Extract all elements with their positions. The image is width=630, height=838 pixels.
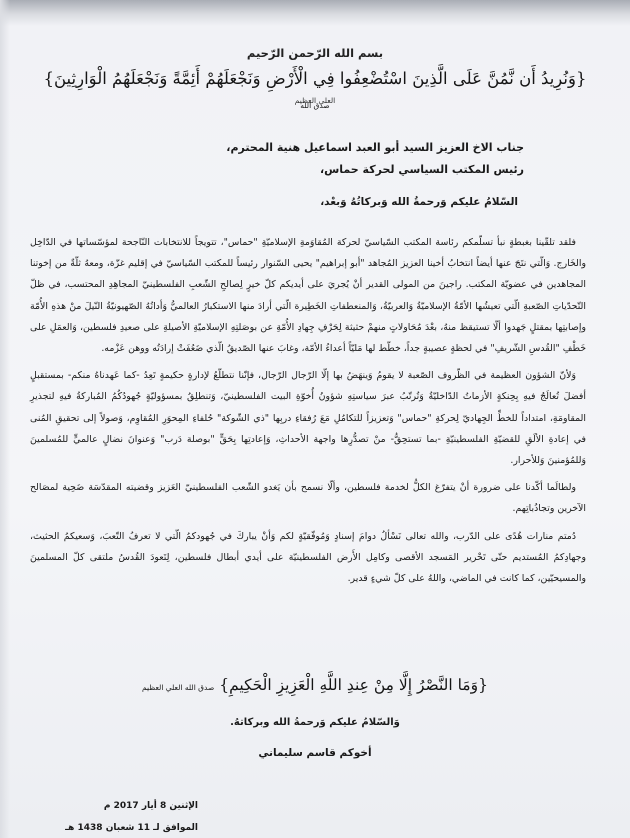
opening-verse-text: {وَنُرِيدُ أَن نَّمُنَّ عَلَى الَّذِينَ … [44,69,587,88]
closing-verse-text: {وَمَا النَّصْرُ إِلَّا مِنْ عِندِ اللَّ… [219,676,488,694]
date-gregorian: الإثنين 8 أيار 2017 م [58,795,198,817]
closing-verse-attribution: صدق الله العلي العظيم [142,683,214,692]
date-block: الإثنين 8 أيار 2017 م الموافق لـ 11 شعبا… [58,795,198,838]
body-paragraph: فلقد تلقّينا بغبطةٍ نبأ تسلّمكم رئاسة ال… [30,232,586,359]
closing-salutation: وَالسّلامُ عليكم وَرحمةُ الله وبركاتهُ. [0,717,630,728]
signature: أخوكم قاسم سليماني [0,747,630,759]
basmala-heading: بسم الله الرّحمن الرّحيم [0,46,630,60]
body-paragraph: دُمتم منارات هُدًى على الدّرب، والله تعا… [30,526,586,590]
opening-quran-verse: {وَنُرِيدُ أَن نَّمُنَّ عَلَى الَّذِينَ … [40,67,590,118]
body-paragraph: وَلأنّ الشؤون العظيمة في الظّروف الصّعبة… [30,365,586,471]
letter-page: بسم الله الرّحمن الرّحيم {وَنُرِيدُ أَن … [0,0,630,838]
addressee-block: جناب الاخ العزيز السيد أبو العبد اسماعيل… [226,137,524,181]
closing-quran-verse: {وَمَا النَّصْرُ إِلَّا مِنْ عِندِ اللَّ… [0,676,630,694]
greeting: السّلامُ عليكم وَرحمةُ الله وَبركاتُهُ و… [320,196,518,208]
letter-body: فلقد تلقّينا بغبطةٍ نبأ تسلّمكم رئاسة ال… [30,232,586,595]
addressee-name: جناب الاخ العزيز السيد أبو العبد اسماعيل… [226,137,524,159]
addressee-title: رئيس المكتب السياسي لحركة حماس، [226,159,524,181]
body-paragraph: ولطالَما أكّدنا على ضرورة أنْ يتفرّغ الك… [30,477,586,519]
opening-verse-attribution-end: العلي العظيم [0,96,630,105]
date-hijri: الموافق لـ 11 شعبان 1438 هـ [58,817,198,838]
